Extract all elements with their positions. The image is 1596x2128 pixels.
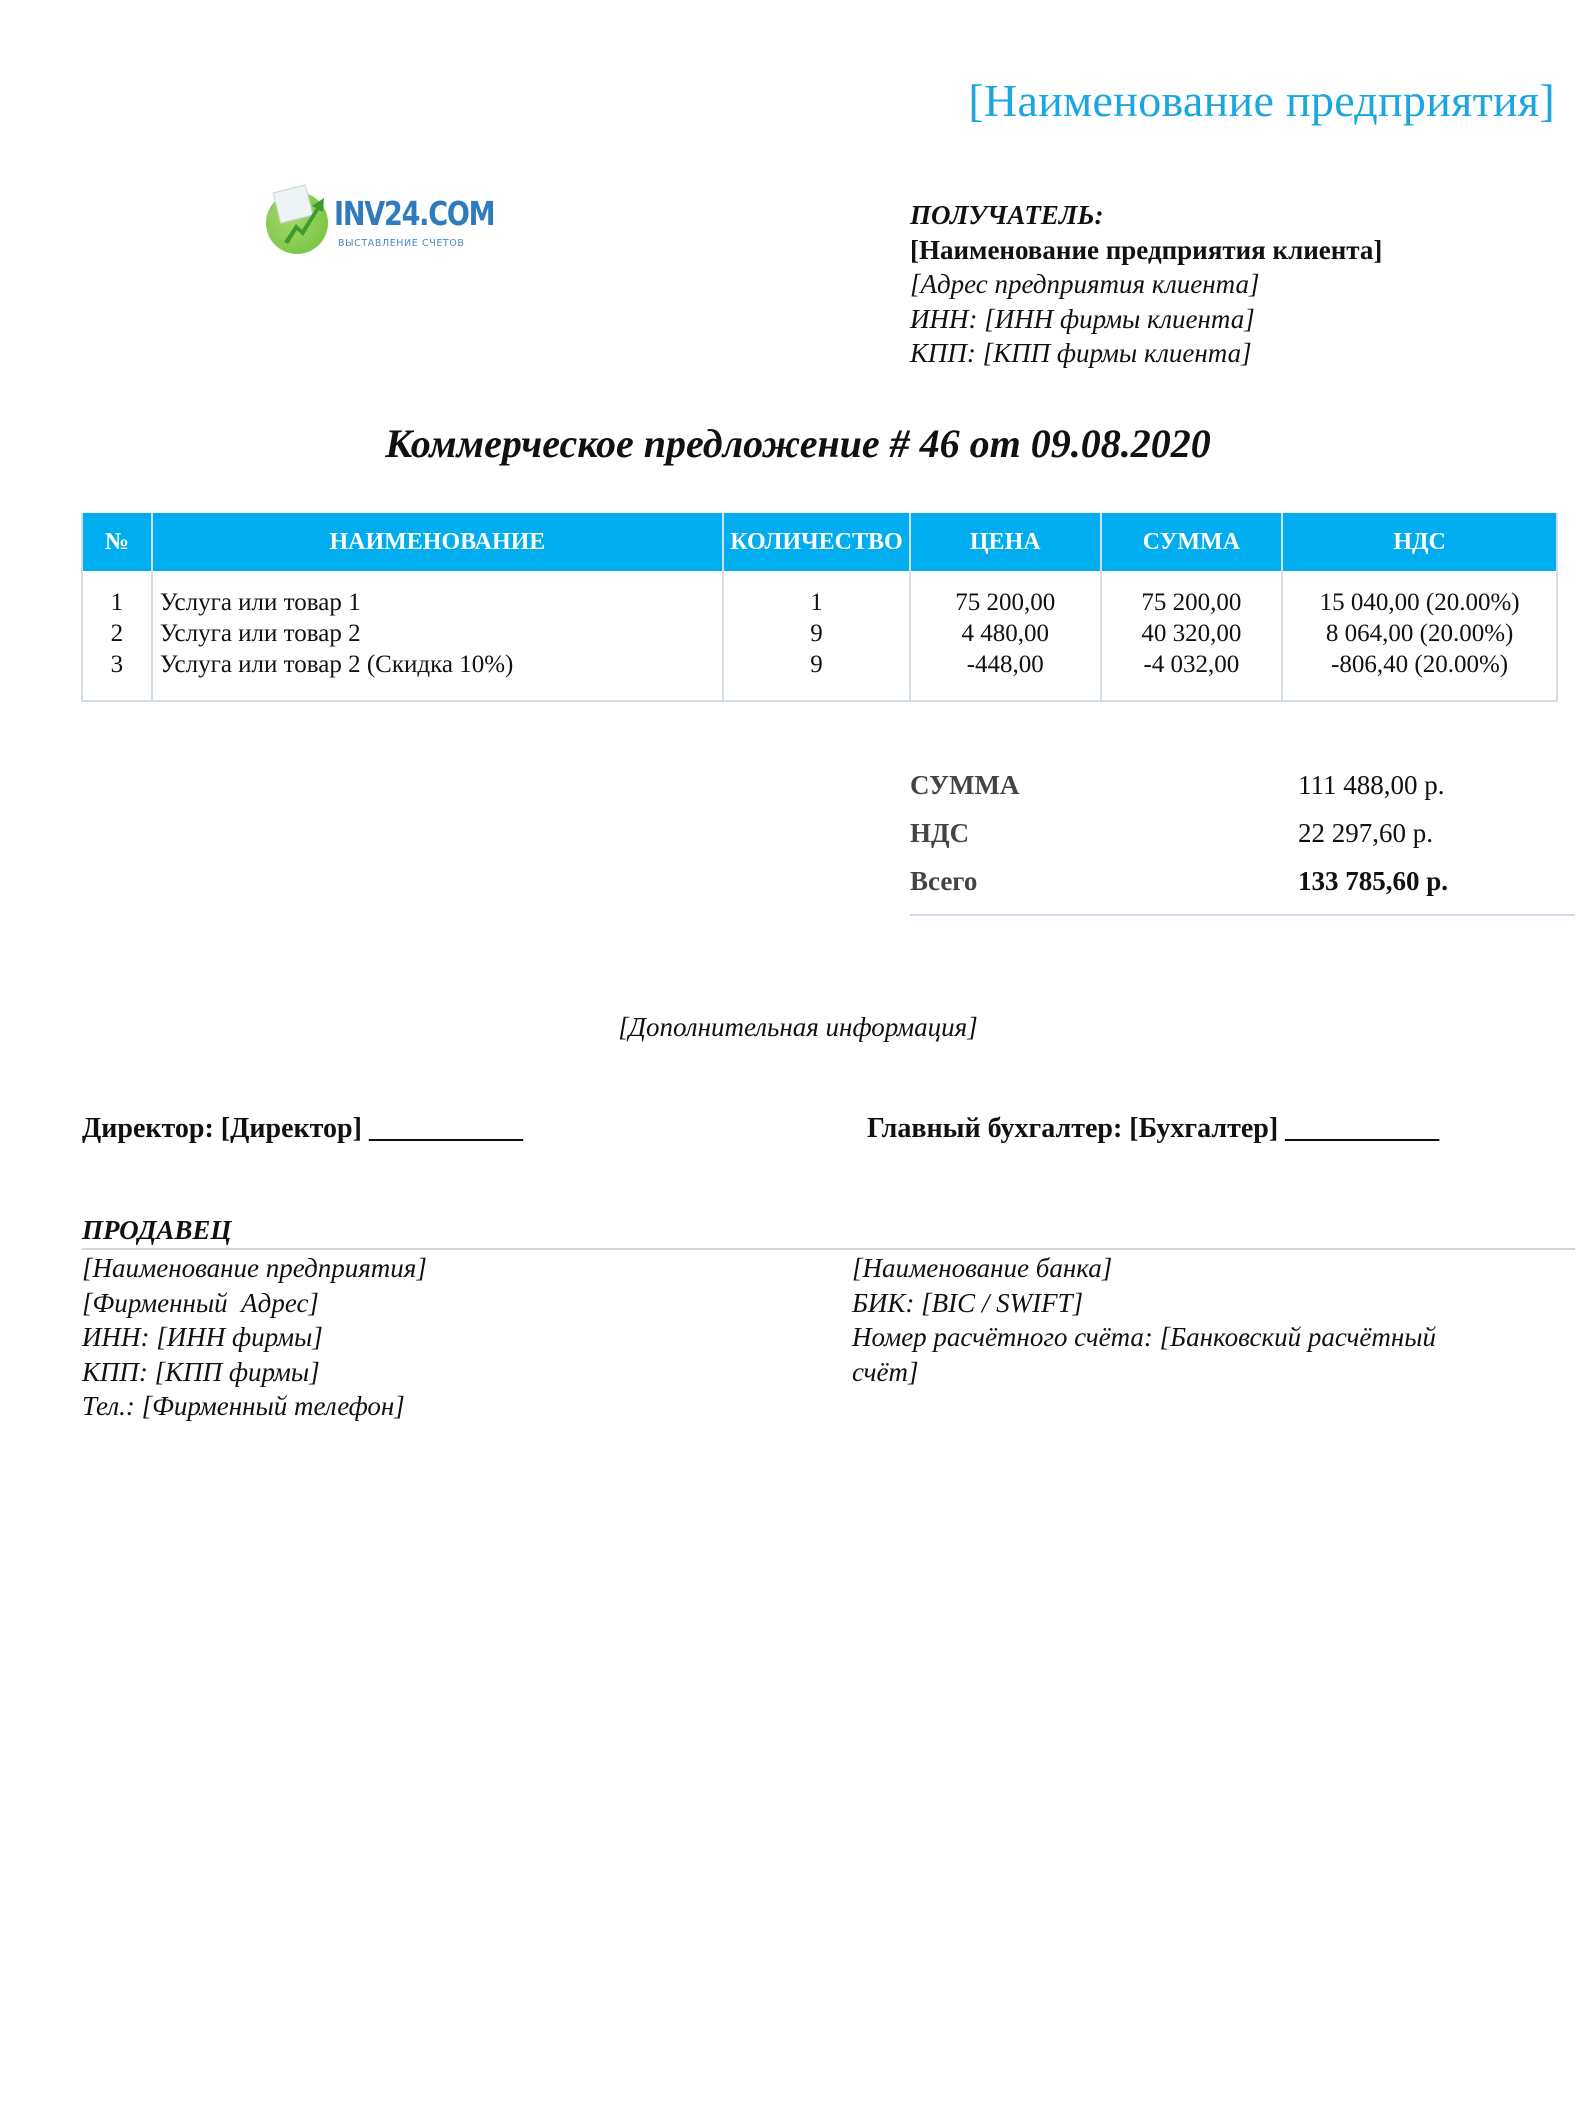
totals-block: СУММА 111 488,00 р. НДС 22 297,60 р. Все… <box>910 770 1575 914</box>
document-title: Коммерческое предложение # 46 от 09.08.2… <box>0 420 1596 467</box>
recipient-inn: ИНН: [ИНН фирмы клиента] <box>910 302 1382 337</box>
company-name-heading: [Наименование предприятия] <box>905 74 1555 127</box>
row-quantity: 1 <box>724 587 909 618</box>
row-name: Услуга или товар 2 (Скидка 10%) <box>160 649 722 680</box>
column-header-name: НАИМЕНОВАНИЕ <box>152 513 723 571</box>
additional-info: [Дополнительная информация] <box>0 1012 1596 1043</box>
seller-account-line1: Номер расчётного счёта: [Банковский расч… <box>852 1320 1552 1355</box>
row-sum: 75 200,00 <box>1102 587 1282 618</box>
table-header-row: № НАИМЕНОВАНИЕ КОЛИЧЕСТВО ЦЕНА СУММА НДС <box>82 513 1557 571</box>
row-quantity: 9 <box>724 618 909 649</box>
recipient-block: ПОЛУЧАТЕЛЬ: [Наименование предприятия кл… <box>910 198 1382 371</box>
row-price: 75 200,00 <box>911 587 1100 618</box>
seller-address: [Фирменный Адрес] <box>82 1286 427 1321</box>
seller-divider <box>82 1248 1575 1250</box>
vat-label: НДС <box>910 818 969 849</box>
name-cell: Услуга или товар 1 Услуга или товар 2 Ус… <box>152 571 723 701</box>
row-price: 4 480,00 <box>911 618 1100 649</box>
seller-bic: БИК: [BIC / SWIFT] <box>852 1286 1552 1321</box>
seller-inn: ИНН: [ИНН фирмы] <box>82 1320 427 1355</box>
row-number: 2 <box>83 618 151 649</box>
accountant-signature: Главный бухгалтер: [Бухгалтер] _________… <box>867 1113 1439 1145</box>
seller-account-line2: счёт] <box>852 1355 1552 1390</box>
recipient-label: ПОЛУЧАТЕЛЬ: <box>910 198 1382 233</box>
seller-title: ПРОДАВЕЦ <box>82 1215 231 1246</box>
seller-bank-name: [Наименование банка] <box>852 1251 1552 1286</box>
logo-subtitle: ВЫСТАВЛЕНИЕ СЧЕТОВ <box>338 238 465 249</box>
table-body: 1 2 3 Услуга или товар 1 Услуга или това… <box>82 571 1557 701</box>
seller-company-details: [Наименование предприятия] [Фирменный Ад… <box>82 1251 427 1424</box>
sum-cell: 75 200,00 40 320,00 -4 032,00 <box>1101 571 1283 701</box>
row-name: Услуга или товар 1 <box>160 587 722 618</box>
row-sum: 40 320,00 <box>1102 618 1282 649</box>
vat-value: 22 297,60 р. <box>1298 818 1433 849</box>
row-number: 1 <box>83 587 151 618</box>
seller-bank-details: [Наименование банка] БИК: [BIC / SWIFT] … <box>852 1251 1552 1389</box>
quantity-cell: 1 9 9 <box>723 571 910 701</box>
column-header-sum: СУММА <box>1101 513 1283 571</box>
row-sum: -4 032,00 <box>1102 649 1282 680</box>
seller-company-name: [Наименование предприятия] <box>82 1251 427 1286</box>
number-cell: 1 2 3 <box>82 571 152 701</box>
row-price: -448,00 <box>911 649 1100 680</box>
subtotal-label: СУММА <box>910 770 1019 801</box>
logo-text: INV24.COM <box>334 194 494 233</box>
recipient-address: [Адрес предприятия клиента] <box>910 267 1382 302</box>
total-value: 133 785,60 р. <box>1298 866 1448 897</box>
row-vat: 8 064,00 (20.00%) <box>1283 618 1556 649</box>
row-quantity: 9 <box>724 649 909 680</box>
column-header-number: № <box>82 513 152 571</box>
seller-kpp: КПП: [КПП фирмы] <box>82 1355 427 1390</box>
column-header-price: ЦЕНА <box>910 513 1101 571</box>
vat-row: НДС 22 297,60 р. <box>910 818 1575 866</box>
vat-cell: 15 040,00 (20.00%) 8 064,00 (20.00%) -80… <box>1282 571 1557 701</box>
total-row: Всего 133 785,60 р. <box>910 866 1575 914</box>
row-vat: 15 040,00 (20.00%) <box>1283 587 1556 618</box>
seller-phone: Тел.: [Фирменный телефон] <box>82 1389 427 1424</box>
column-header-vat: НДС <box>1282 513 1557 571</box>
subtotal-value: 111 488,00 р. <box>1298 770 1445 801</box>
growth-arrow-icon <box>278 194 328 248</box>
row-number: 3 <box>83 649 151 680</box>
logo: INV24.COM ВЫСТАВЛЕНИЕ СЧЕТОВ <box>266 188 476 258</box>
row-name: Услуга или товар 2 <box>160 618 722 649</box>
items-table: № НАИМЕНОВАНИЕ КОЛИЧЕСТВО ЦЕНА СУММА НДС… <box>81 513 1558 702</box>
row-vat: -806,40 (20.00%) <box>1283 649 1556 680</box>
recipient-name: [Наименование предприятия клиента] <box>910 233 1382 268</box>
totals-divider <box>910 914 1575 916</box>
column-header-quantity: КОЛИЧЕСТВО <box>723 513 910 571</box>
price-cell: 75 200,00 4 480,00 -448,00 <box>910 571 1101 701</box>
subtotal-row: СУММА 111 488,00 р. <box>910 770 1575 818</box>
total-label: Всего <box>910 866 977 897</box>
recipient-kpp: КПП: [КПП фирмы клиента] <box>910 336 1382 371</box>
director-signature: Директор: [Директор] ___________ <box>82 1113 523 1145</box>
